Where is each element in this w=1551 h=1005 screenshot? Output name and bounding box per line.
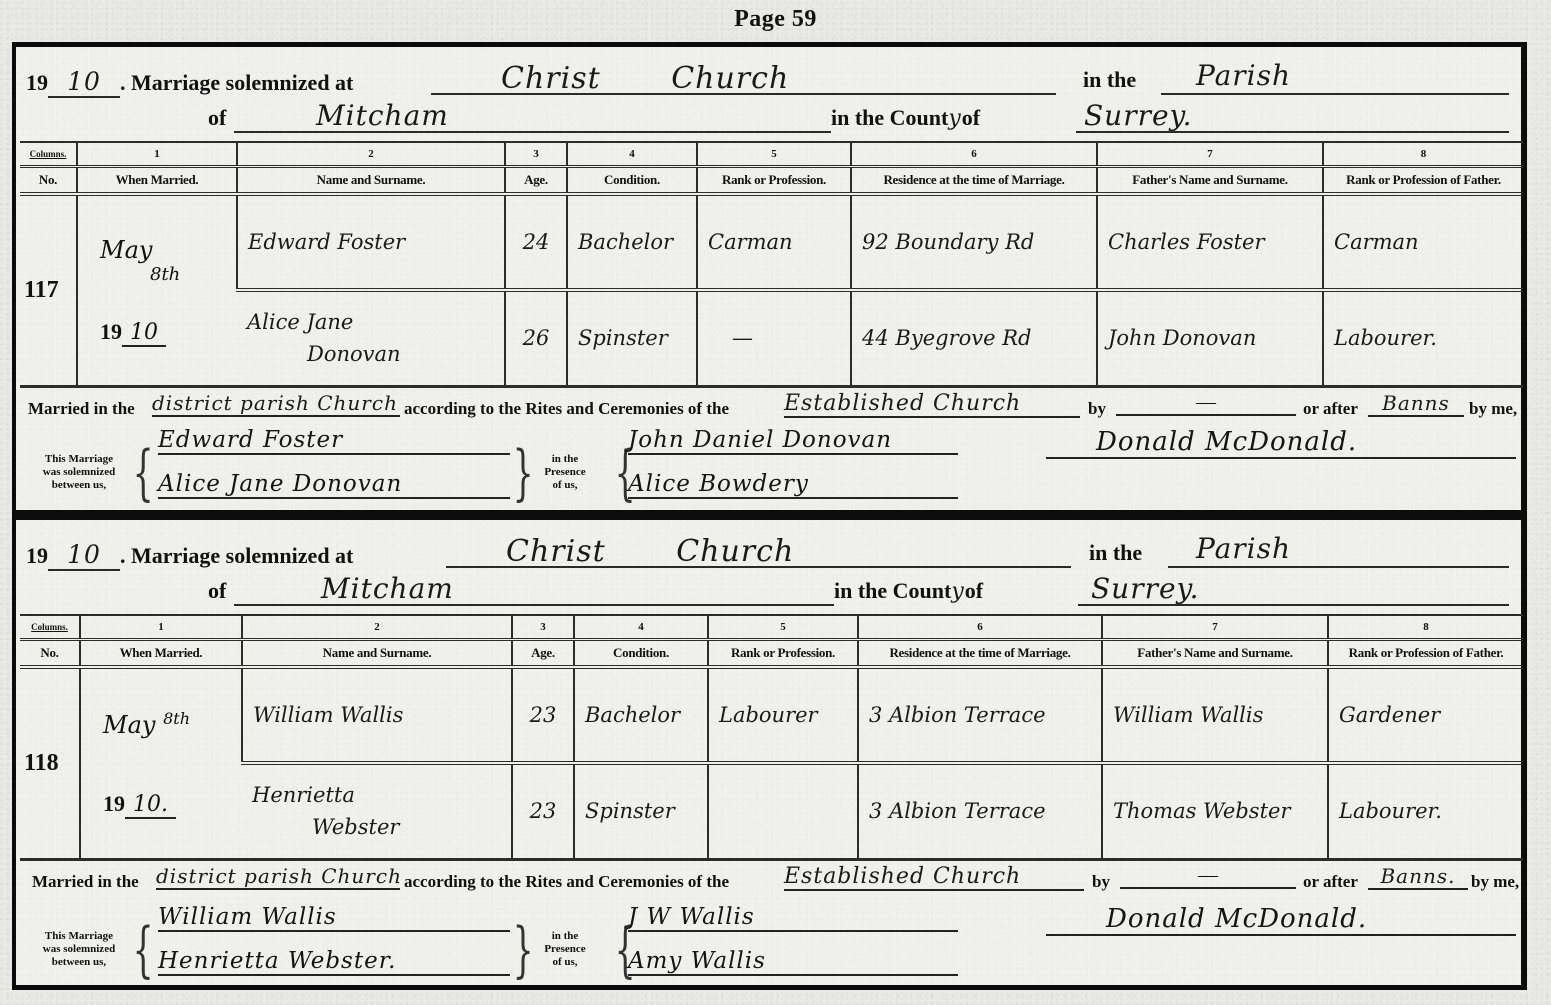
groom-rank: Labourer bbox=[708, 667, 858, 763]
bride-row: Henrietta Webster 23 Spinster 3 Albion T… bbox=[20, 763, 1523, 859]
entry-number: 118 bbox=[20, 667, 80, 859]
entry-number: 117 bbox=[20, 194, 77, 386]
groom-father-name: William Wallis bbox=[1102, 667, 1328, 763]
when-month: May bbox=[100, 236, 236, 264]
bride-residence: 44 Byegrove Rd bbox=[851, 290, 1097, 386]
married-in-value: district parish Church bbox=[156, 864, 400, 890]
married-in-value: district parish Church bbox=[152, 391, 400, 417]
header-residence: Residence at the time of Marriage. bbox=[858, 639, 1102, 667]
rites-value: Established Church bbox=[784, 391, 1080, 418]
bride-age: 26 bbox=[505, 290, 567, 386]
bride-age: 23 bbox=[512, 763, 574, 859]
left-brace-icon: { bbox=[133, 443, 154, 503]
header-no: No. bbox=[20, 639, 80, 667]
district-value: Parish bbox=[1196, 532, 1291, 565]
by-label: by bbox=[1088, 399, 1106, 419]
year-label: 1910. Marriage solemnized at bbox=[26, 67, 353, 98]
witness2-signature: Amy Wallis bbox=[628, 948, 958, 976]
groom-signature: Edward Foster bbox=[158, 427, 510, 455]
groom-father-rank: Gardener bbox=[1328, 667, 1523, 763]
in-the-label: in the bbox=[1083, 67, 1136, 93]
register-table-118: Columns. 1 2 3 4 5 6 7 8 No. When Marrie… bbox=[20, 614, 1523, 861]
column-number-5: 5 bbox=[697, 142, 851, 166]
bride-residence: 3 Albion Terrace bbox=[858, 763, 1102, 859]
of-label: of bbox=[208, 105, 226, 131]
by-me-label: by me, bbox=[1469, 399, 1517, 419]
bride-row: Alice Jane Donovan 26 Spinster — 44 Byeg… bbox=[20, 290, 1523, 386]
header-when-married: When Married. bbox=[77, 166, 237, 194]
married-in-label: Married in the bbox=[32, 872, 139, 892]
column-number-4: 4 bbox=[574, 615, 708, 639]
column-number-6: 6 bbox=[858, 615, 1102, 639]
column-number-4: 4 bbox=[567, 142, 697, 166]
officiant-signature: Donald McDonald. bbox=[1046, 427, 1516, 459]
header-father-name: Father's Name and Surname. bbox=[1102, 639, 1328, 667]
bride-father-rank: Labourer. bbox=[1328, 763, 1523, 859]
header-name: Name and Surname. bbox=[242, 639, 512, 667]
bride-condition: Spinster bbox=[574, 763, 708, 859]
header-age: Age. bbox=[505, 166, 567, 194]
bride-name: Henrietta Webster bbox=[242, 763, 512, 859]
groom-condition: Bachelor bbox=[574, 667, 708, 763]
groom-row: 118 May 8th 1910. William Wallis 23 Bach… bbox=[20, 667, 1523, 763]
columns-label: Columns. bbox=[20, 615, 80, 639]
header-father-rank: Rank or Profession of Father. bbox=[1323, 166, 1523, 194]
witness1-signature: John Daniel Donovan bbox=[628, 427, 958, 455]
bride-rank: — bbox=[697, 290, 851, 386]
county-value: Surrey. bbox=[1084, 99, 1193, 132]
bride-rank bbox=[708, 763, 858, 859]
header-age: Age. bbox=[512, 639, 574, 667]
or-after-label: or after bbox=[1303, 872, 1358, 892]
married-in-label: Married in the bbox=[28, 399, 135, 419]
witness2-signature: Alice Bowdery bbox=[628, 471, 958, 499]
when-month: May 8th bbox=[103, 709, 241, 739]
county-label: in the Countyof bbox=[831, 105, 980, 131]
header-no: No. bbox=[20, 166, 77, 194]
year-suffix: 10 bbox=[48, 540, 120, 571]
bride-father-rank: Labourer. bbox=[1323, 290, 1523, 386]
header-rank: Rank or Profession. bbox=[697, 166, 851, 194]
year-suffix: 10 bbox=[48, 67, 120, 98]
header-father-rank: Rank or Profession of Father. bbox=[1328, 639, 1523, 667]
marriage-entry-118: 1910. Marriage solemnized at Christ Chur… bbox=[16, 520, 1521, 990]
place-value: Mitcham bbox=[321, 572, 454, 605]
year-label: 1910. Marriage solemnized at bbox=[26, 540, 353, 571]
bride-father-name: John Donovan bbox=[1097, 290, 1323, 386]
district-value: Parish bbox=[1196, 59, 1291, 92]
by-me-label: by me, bbox=[1471, 872, 1519, 892]
column-number-5: 5 bbox=[708, 615, 858, 639]
page-number: Page 59 bbox=[0, 6, 1551, 33]
solemnized-between-label: This Marriage was solemnized between us, bbox=[24, 930, 134, 969]
by-value: — bbox=[1120, 864, 1296, 889]
district-rule bbox=[1168, 566, 1509, 568]
place-value: Mitcham bbox=[316, 99, 449, 132]
county-value: Surrey. bbox=[1091, 572, 1200, 605]
groom-name: Edward Foster bbox=[237, 194, 505, 290]
according-label: according to the Rites and Ceremonies of… bbox=[404, 872, 729, 892]
bride-condition: Spinster bbox=[567, 290, 697, 386]
column-number-2: 2 bbox=[242, 615, 512, 639]
header-rank: Rank or Profession. bbox=[708, 639, 858, 667]
solemnized-between-label: This Marriage was solemnized between us, bbox=[24, 453, 134, 492]
church-name: Christ Church bbox=[506, 534, 794, 569]
column-number-8: 8 bbox=[1328, 615, 1523, 639]
groom-condition: Bachelor bbox=[567, 194, 697, 290]
or-after-label: or after bbox=[1303, 399, 1358, 419]
column-number-7: 7 bbox=[1102, 615, 1328, 639]
marriage-entry-117: 1910. Marriage solemnized at Christ Chur… bbox=[16, 47, 1521, 513]
when-year: 1910 bbox=[100, 319, 236, 345]
column-number-1: 1 bbox=[80, 615, 242, 639]
column-number-3: 3 bbox=[512, 615, 574, 639]
in-the-label: in the bbox=[1089, 540, 1142, 566]
or-after-value: Banns bbox=[1368, 391, 1464, 417]
county-label: in the Countyof bbox=[834, 578, 983, 604]
groom-father-rank: Carman bbox=[1323, 194, 1523, 290]
column-number-7: 7 bbox=[1097, 142, 1323, 166]
district-rule bbox=[1161, 93, 1509, 95]
column-number-2: 2 bbox=[237, 142, 505, 166]
groom-name: William Wallis bbox=[242, 667, 512, 763]
groom-father-name: Charles Foster bbox=[1097, 194, 1323, 290]
by-label: by bbox=[1092, 872, 1110, 892]
presence-label: in the Presence of us, bbox=[510, 453, 620, 492]
column-number-8: 8 bbox=[1323, 142, 1523, 166]
bride-signature: Henrietta Webster. bbox=[158, 948, 510, 976]
header-condition: Condition. bbox=[567, 166, 697, 194]
groom-age: 23 bbox=[512, 667, 574, 763]
column-number-1: 1 bbox=[77, 142, 237, 166]
header-father-name: Father's Name and Surname. bbox=[1097, 166, 1323, 194]
groom-row: 117 May 8th 1910 Edward Foster 24 Bachel… bbox=[20, 194, 1523, 290]
groom-age: 24 bbox=[505, 194, 567, 290]
when-year: 1910. bbox=[103, 791, 241, 817]
groom-residence: 3 Albion Terrace bbox=[858, 667, 1102, 763]
according-label: according to the Rites and Ceremonies of… bbox=[404, 399, 729, 419]
register-page: 1910. Marriage solemnized at Christ Chur… bbox=[12, 42, 1527, 990]
entry-separator bbox=[16, 510, 1521, 520]
groom-residence: 92 Boundary Rd bbox=[851, 194, 1097, 290]
rites-value: Established Church bbox=[784, 864, 1084, 891]
left-brace-icon: { bbox=[133, 920, 154, 980]
when-married-cell: May 8th 1910 bbox=[77, 194, 237, 386]
presence-label: in the Presence of us, bbox=[510, 930, 620, 969]
header-residence: Residence at the time of Marriage. bbox=[851, 166, 1097, 194]
by-value: — bbox=[1116, 391, 1296, 416]
or-after-value: Banns. bbox=[1368, 864, 1468, 890]
church-name: Christ Church bbox=[501, 61, 789, 96]
header-condition: Condition. bbox=[574, 639, 708, 667]
columns-label: Columns. bbox=[20, 142, 77, 166]
register-table-117: Columns. 1 2 3 4 5 6 7 8 No. When Marrie… bbox=[20, 141, 1523, 388]
officiant-signature: Donald McDonald. bbox=[1046, 904, 1516, 936]
groom-signature: William Wallis bbox=[158, 904, 510, 932]
of-label: of bbox=[208, 578, 226, 604]
bride-signature: Alice Jane Donovan bbox=[158, 471, 510, 499]
groom-rank: Carman bbox=[697, 194, 851, 290]
when-married-cell: May 8th 1910. bbox=[80, 667, 242, 859]
header-when-married: When Married. bbox=[80, 639, 242, 667]
header-name: Name and Surname. bbox=[237, 166, 505, 194]
bride-name: Alice Jane Donovan bbox=[237, 290, 505, 386]
column-number-3: 3 bbox=[505, 142, 567, 166]
bride-father-name: Thomas Webster bbox=[1102, 763, 1328, 859]
witness1-signature: J W Wallis bbox=[628, 904, 958, 932]
when-day: 8th bbox=[100, 264, 236, 285]
column-number-6: 6 bbox=[851, 142, 1097, 166]
